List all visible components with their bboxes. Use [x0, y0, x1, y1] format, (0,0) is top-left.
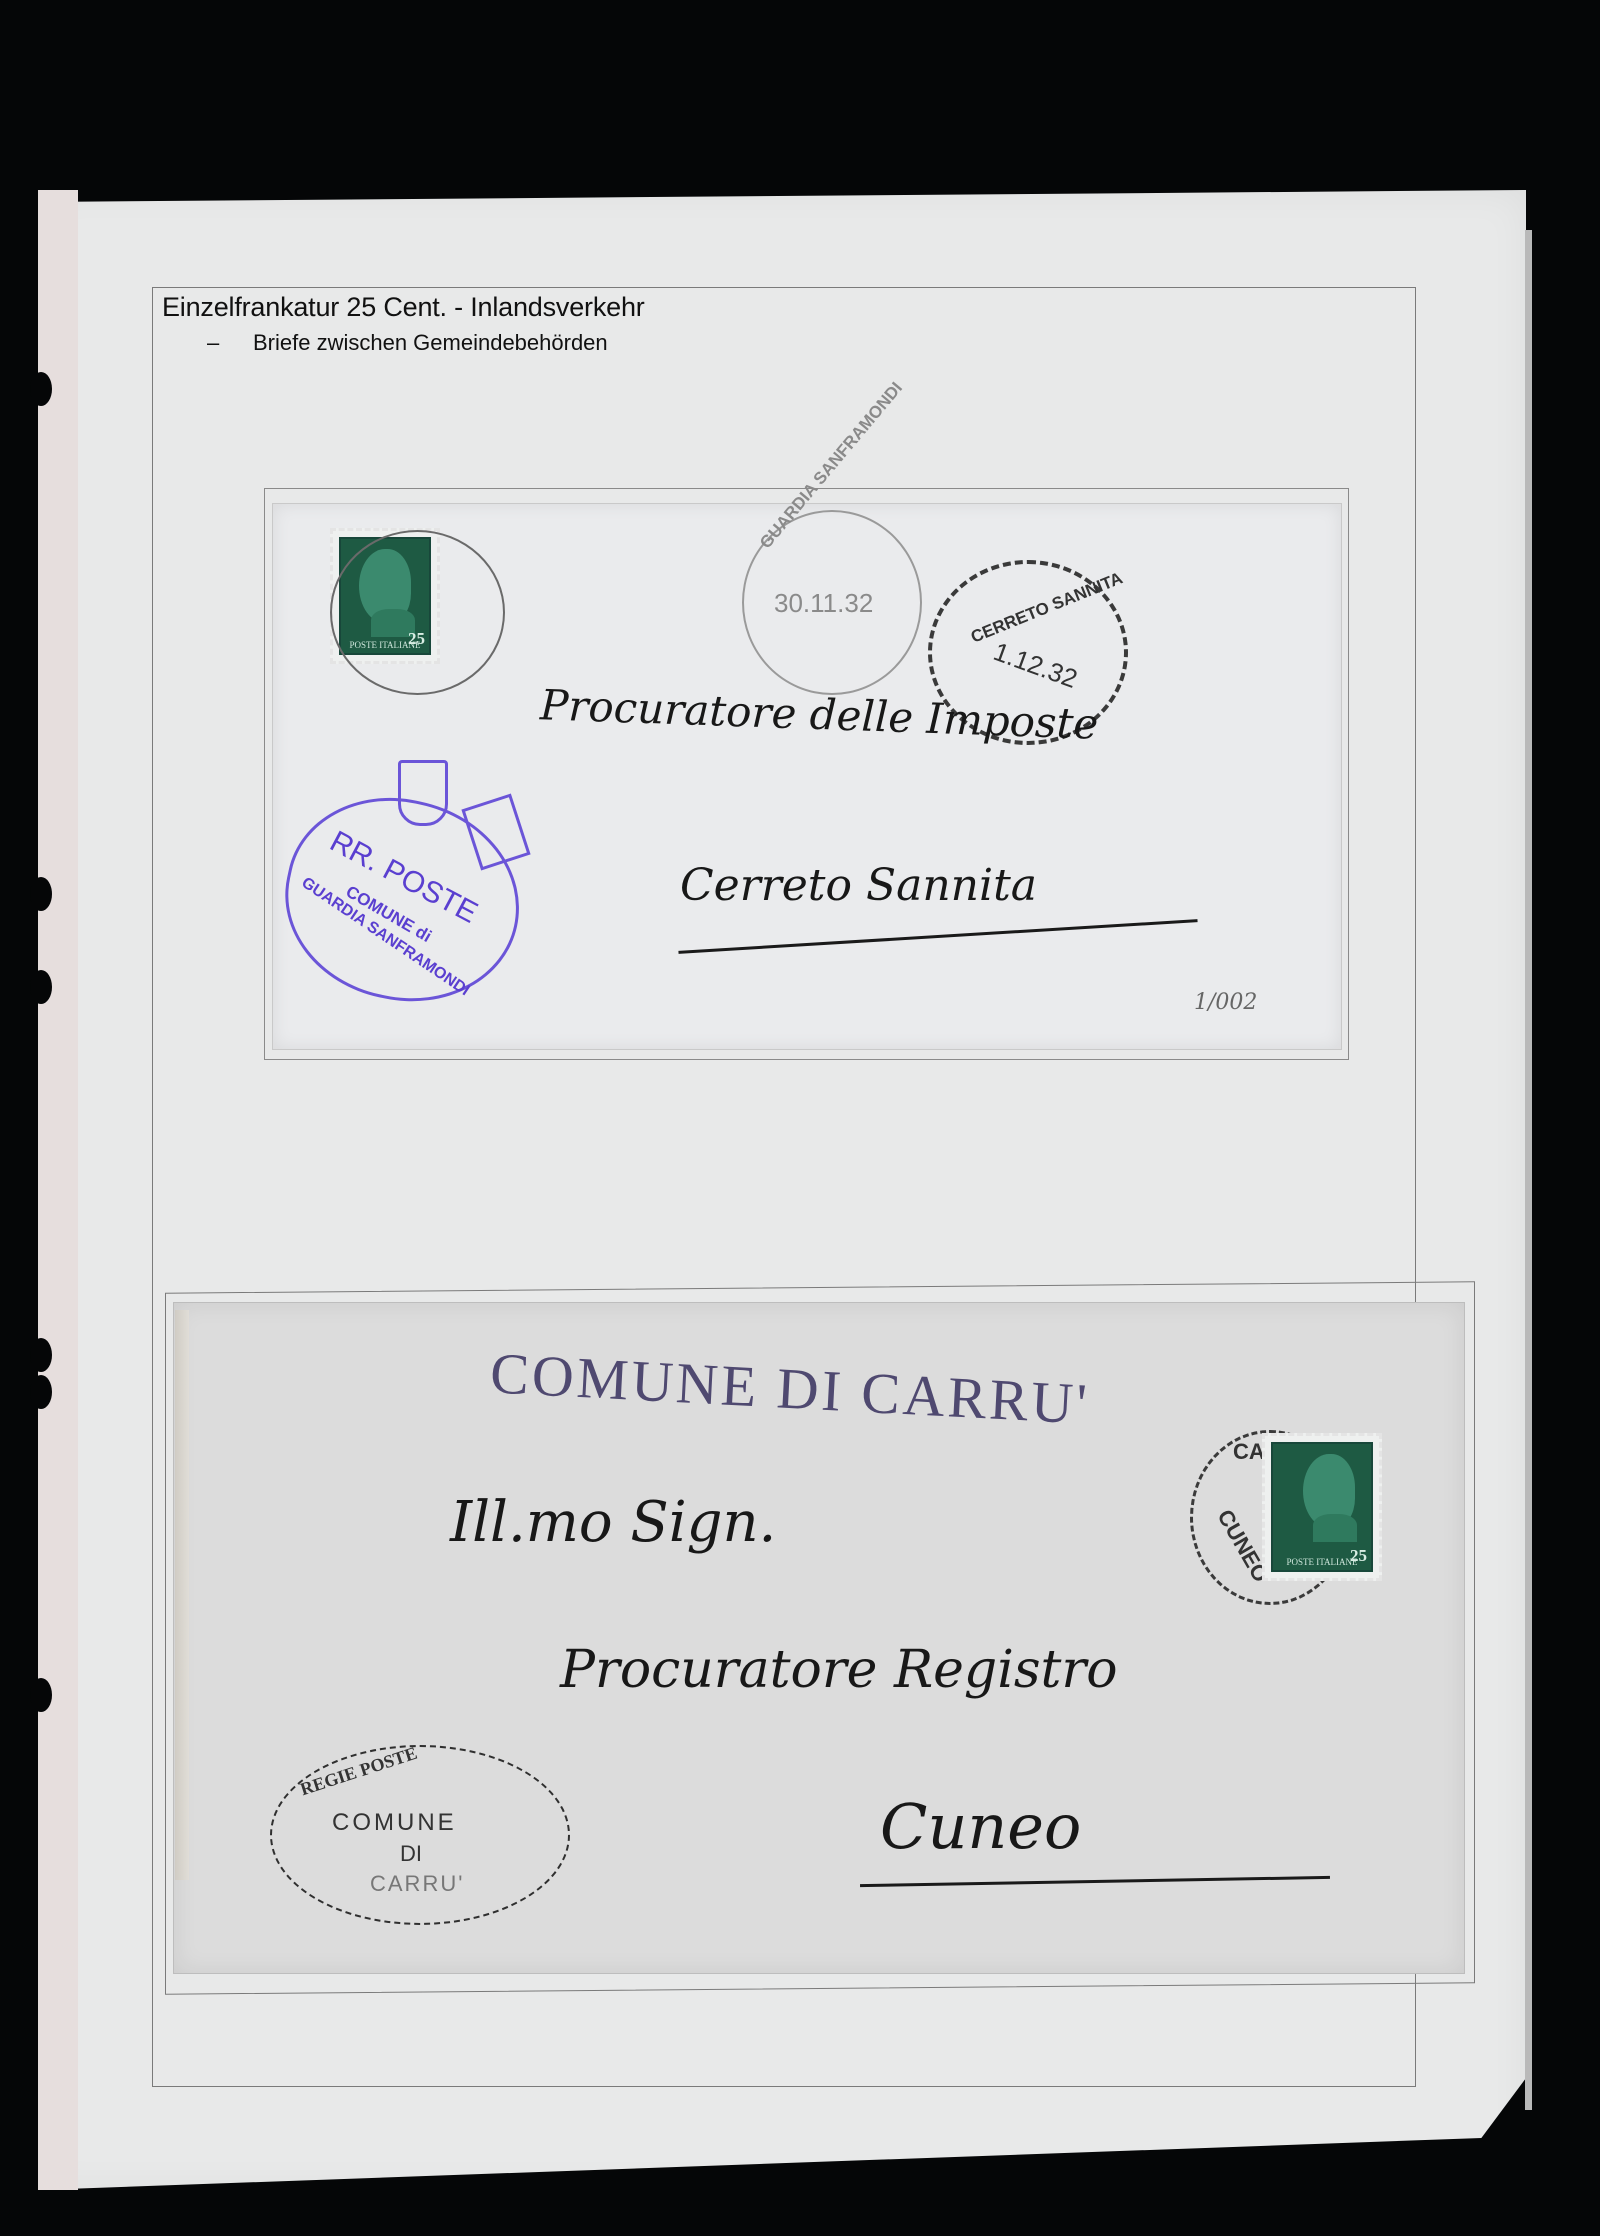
portrait-bust: [1313, 1514, 1357, 1542]
stamp-design: POSTE ITALIANE 25: [1271, 1442, 1373, 1572]
subtitle-text: Briefe zwischen Gemeindebehörden: [253, 330, 608, 355]
address-line: Cerreto Sannita: [680, 860, 1037, 911]
cachet-line1: COMUNE: [332, 1809, 457, 1837]
coat-of-arms-icon: [398, 760, 448, 826]
punch-hole: [30, 372, 52, 406]
punch-hole: [30, 877, 52, 911]
page-edge: [1525, 230, 1532, 2110]
pencil-note: 1/002: [1194, 990, 1257, 1015]
page-subtitle: –Briefe zwischen Gemeindebehörden: [207, 330, 608, 356]
page-binding-strip: [38, 190, 78, 2190]
address-line: Ill.mo Sign.: [450, 1490, 776, 1555]
punch-hole: [30, 1338, 52, 1372]
address-line: Procuratore Registro: [560, 1640, 1118, 1700]
postmark-date: 1.12.32: [989, 636, 1081, 695]
punch-hole: [30, 1375, 52, 1409]
subtitle-bullet: –: [207, 330, 253, 356]
cachet-line3: CARRU': [370, 1871, 464, 1897]
address-line: Cuneo: [880, 1790, 1081, 1863]
postmark-guardia: GUARDIA SANFRAMONDI 30.11.32: [742, 510, 922, 695]
page-title: Einzelfrankatur 25 Cent. - Inlandsverkeh…: [162, 292, 645, 323]
stamp-denomination: 25: [1350, 1546, 1367, 1566]
postmark-town: CERRETO SANNITA: [968, 568, 1126, 647]
postmark-circle: [330, 530, 505, 695]
postage-stamp: POSTE ITALIANE 25: [1262, 1433, 1382, 1581]
cachet-line2: DI: [400, 1841, 422, 1867]
envelope-edge: [175, 1310, 189, 1880]
municipal-cachet: REGIE POSTE COMUNE DI CARRU': [270, 1745, 570, 1925]
punch-hole: [30, 970, 52, 1004]
postmark-date: 30.11.32: [774, 588, 873, 619]
punch-hole: [30, 1678, 52, 1712]
